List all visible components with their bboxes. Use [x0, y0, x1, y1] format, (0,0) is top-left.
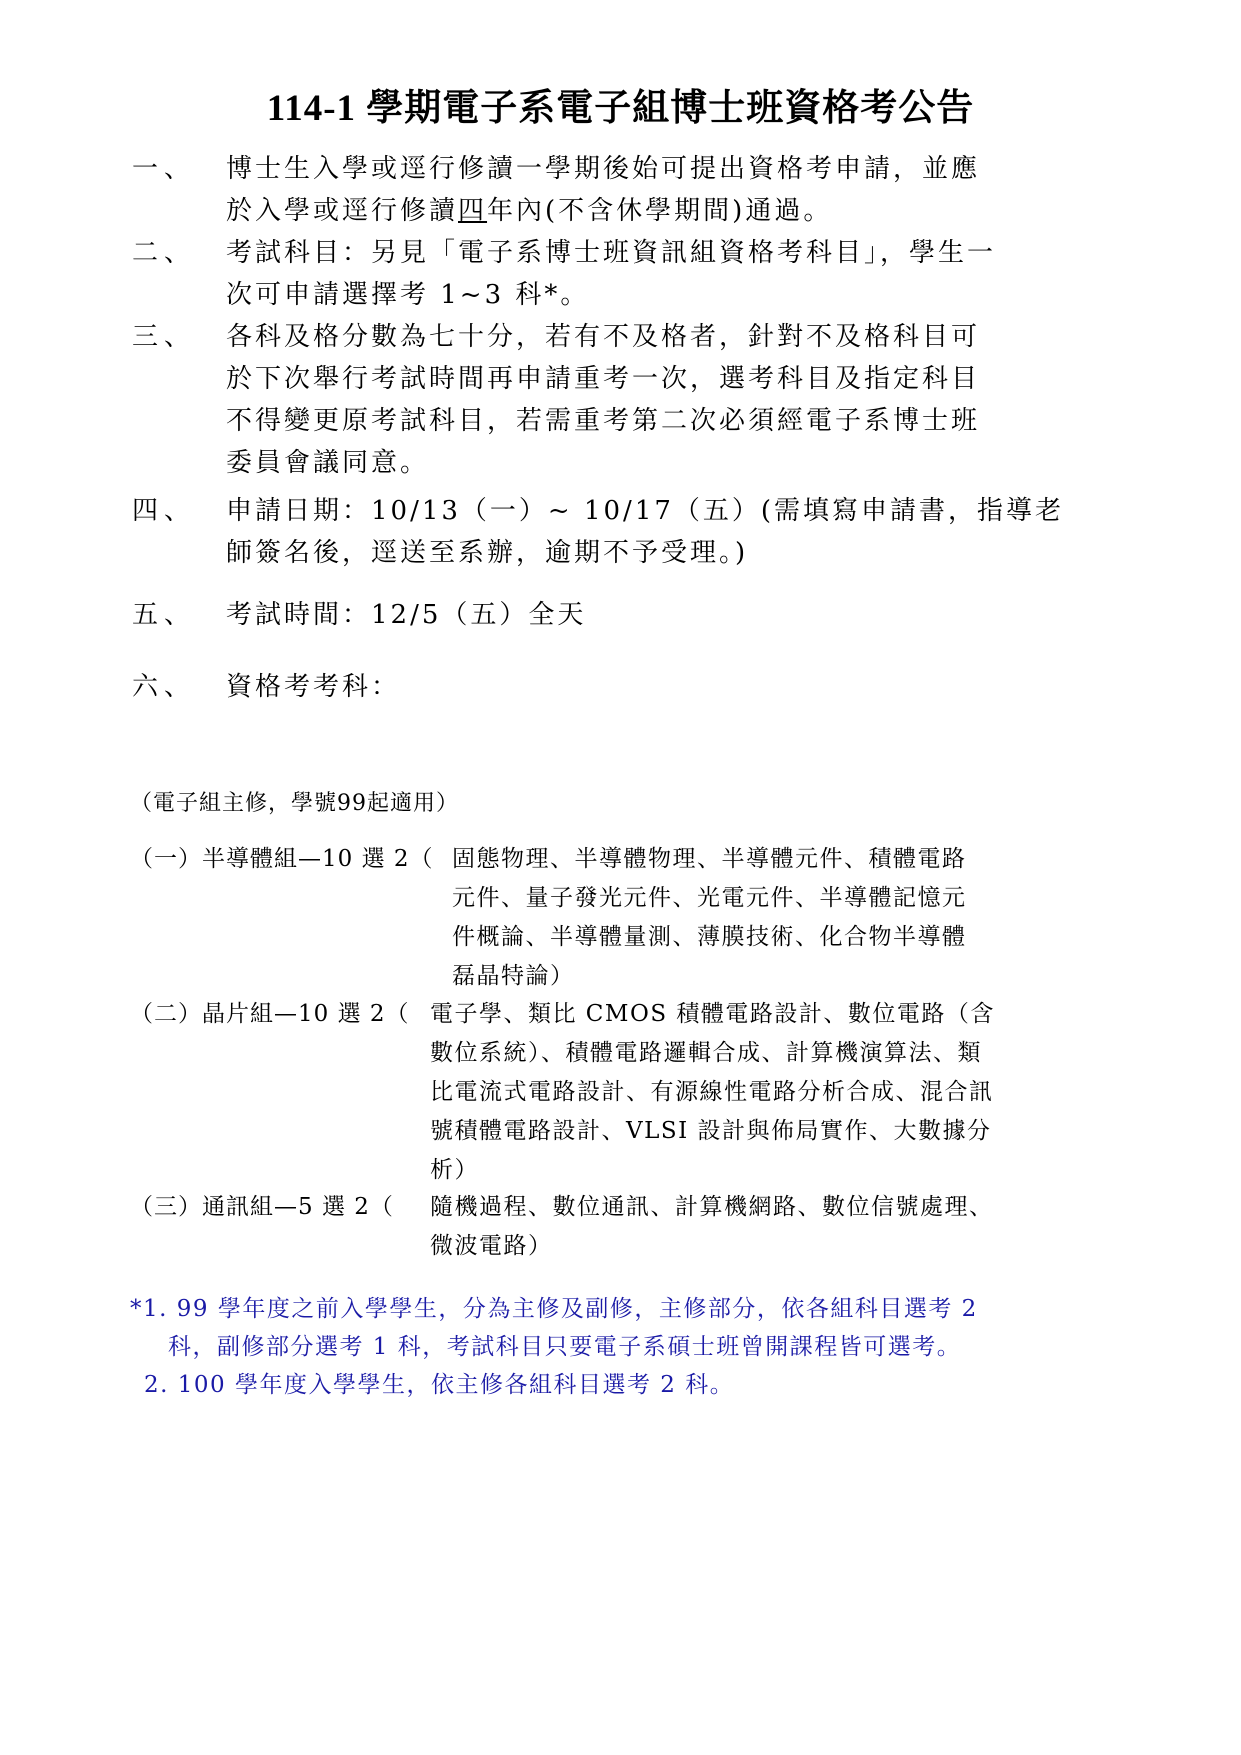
item-line: 於下次舉行考試時間再申請重考一次，選考科目及指定科目	[226, 358, 1112, 400]
group-line: 隨機過程、數位通訊、計算機網路、數位信號處理、	[430, 1188, 1120, 1227]
item-number: 四、	[132, 490, 222, 532]
group-line: 件概論、半導體量測、薄膜技術、化合物半導體	[452, 918, 1120, 957]
item-number: 一、	[132, 148, 222, 190]
group-line: 析）	[430, 1151, 1120, 1190]
item-line: 不得變更原考試科目，若需重考第二次必須經電子系博士班	[226, 400, 1112, 442]
item-number: 三、	[132, 316, 222, 358]
item-number: 五、	[132, 594, 222, 636]
footnote-line: *1. 99 學年度之前入學學生，分為主修及副修，主修部分，依各組科目選考 2	[130, 1290, 1130, 1328]
item-line: 師簽名後，逕送至系辦，逾期不予受理。)	[226, 532, 1112, 574]
item-4: 四、 申請日期：10/13（一）~ 10/17（五）(需填寫申請書，指導老 師簽…	[132, 490, 1112, 574]
footnote-line: 科，副修部分選考 1 科，考試科目只要電子系碩士班曾開課程皆可選考。	[168, 1328, 1130, 1366]
item-line: 委員會議同意。	[226, 442, 1112, 484]
item-number: 二、	[132, 232, 222, 274]
item-line: 於入學或逕行修讀	[226, 196, 458, 226]
group-label: （三）通訊組—5 選 2（	[130, 1188, 394, 1227]
group-line: 磊晶特論）	[452, 957, 1120, 996]
group-communication: （三）通訊組—5 選 2（ 隨機過程、數位通訊、計算機網路、數位信號處理、 微波…	[130, 1188, 1120, 1266]
item-line: 年內(不含休學期間)通過。	[487, 196, 832, 226]
item-line: 次可申請選擇考 1~3 科*。	[226, 274, 1112, 316]
group-line: 比電流式電路設計、有源線性電路分析合成、混合訊	[430, 1073, 1120, 1112]
group-semiconductor: （一）半導體組—10 選 2（ 固態物理、半導體物理、半導體元件、積體電路 元件…	[130, 840, 1120, 996]
group-line: 數位系統）、積體電路邏輯合成、計算機演算法、類	[430, 1034, 1120, 1073]
group-chip: （二）晶片組—10 選 2（ 電子學、類比 CMOS 積體電路設計、數位電路（含…	[130, 995, 1120, 1190]
group-line: 電子學、類比 CMOS 積體電路設計、數位電路（含	[430, 995, 1120, 1034]
item-line: 考試時間：12/5（五）全天	[226, 594, 1112, 636]
footnote-line: 2. 100 學年度入學學生，依主修各組科目選考 2 科。	[144, 1366, 1130, 1404]
underlined-term: 四	[458, 196, 487, 226]
item-line: 博士生入學或逕行修讀一學期後始可提出資格考申請，並應	[226, 148, 1112, 190]
item-1: 一、 博士生入學或逕行修讀一學期後始可提出資格考申請，並應 於入學或逕行修讀四年…	[132, 148, 1112, 232]
item-5: 五、 考試時間：12/5（五）全天	[132, 594, 1112, 636]
group-line: 固態物理、半導體物理、半導體元件、積體電路	[452, 840, 1120, 879]
group-label: （一）半導體組—10 選 2（	[130, 840, 434, 879]
group-label: （二）晶片組—10 選 2（	[130, 995, 410, 1034]
item-2: 二、 考試科目：另見「電子系博士班資訊組資格考科目」，學生一 次可申請選擇考 1…	[132, 232, 1112, 316]
group-line: 號積體電路設計、VLSI 設計與佈局實作、大數據分	[430, 1112, 1120, 1151]
item-number: 六、	[132, 666, 222, 708]
item-line: 各科及格分數為七十分，若有不及格者，針對不及格科目可	[226, 316, 1112, 358]
group-line: 元件、量子發光元件、光電元件、半導體記憶元	[452, 879, 1120, 918]
item-line: 資格考考科：	[226, 666, 1112, 708]
page-title: 114-1 學期電子系電子組博士班資格考公告	[0, 84, 1241, 134]
item-6: 六、 資格考考科：	[132, 666, 1112, 708]
item-3: 三、 各科及格分數為七十分，若有不及格者，針對不及格科目可 於下次舉行考試時間再…	[132, 316, 1112, 484]
item-line: 考試科目：另見「電子系博士班資訊組資格考科目」，學生一	[226, 232, 1112, 274]
footnotes: *1. 99 學年度之前入學學生，分為主修及副修，主修部分，依各組科目選考 2 …	[130, 1290, 1130, 1404]
scope-note: （電子組主修，學號99起適用）	[130, 786, 459, 822]
item-line: 申請日期：10/13（一）~ 10/17（五）(需填寫申請書，指導老	[226, 490, 1112, 532]
announcement-page: 114-1 學期電子系電子組博士班資格考公告 一、 博士生入學或逕行修讀一學期後…	[0, 0, 1241, 1755]
group-line: 微波電路）	[430, 1227, 1120, 1266]
